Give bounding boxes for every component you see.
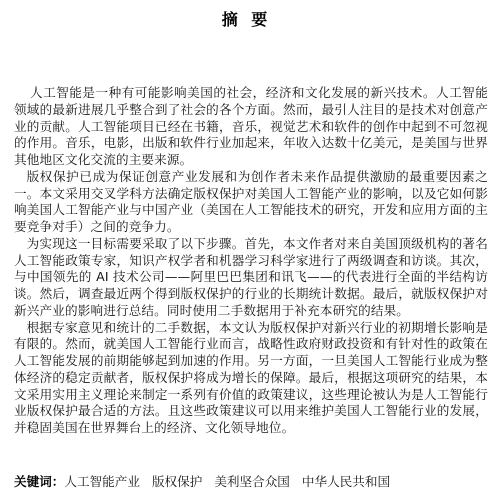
page-title: 摘 要 <box>0 10 493 30</box>
keyword: 版权保护 <box>152 474 202 489</box>
abstract-paragraph: 人工智能是一种有可能影响美国的社会，经济和文化发展的新兴技术。人工智能领域的最新… <box>14 85 488 169</box>
keywords-label: 关键词： <box>14 474 64 489</box>
keyword: 美利坚合众国 <box>214 474 290 489</box>
abstract-paragraph: 版权保护已成为保证创意产业发展和为创作者未来作品提供激励的最重要因素之一。本文采… <box>14 169 488 236</box>
abstract-paragraph: 根据专家意见和统计的二手数据，本文认为版权保护对新兴行业的初期增长影响是有限的。… <box>14 320 488 437</box>
abstract-body: 人工智能是一种有可能影响美国的社会，经济和文化发展的新兴技术。人工智能领域的最新… <box>14 85 488 437</box>
keyword: 中华人民共和国 <box>302 474 390 489</box>
keyword: 人工智能产业 <box>64 474 140 489</box>
keywords-line: 关键词：人工智能产业版权保护美利坚合众国中华人民共和国 <box>14 474 488 490</box>
abstract-paragraph: 为实现这一目标需要采取了以下步骤。首先，本文作者对来自美国顶级机构的著名人工智能… <box>14 236 488 320</box>
